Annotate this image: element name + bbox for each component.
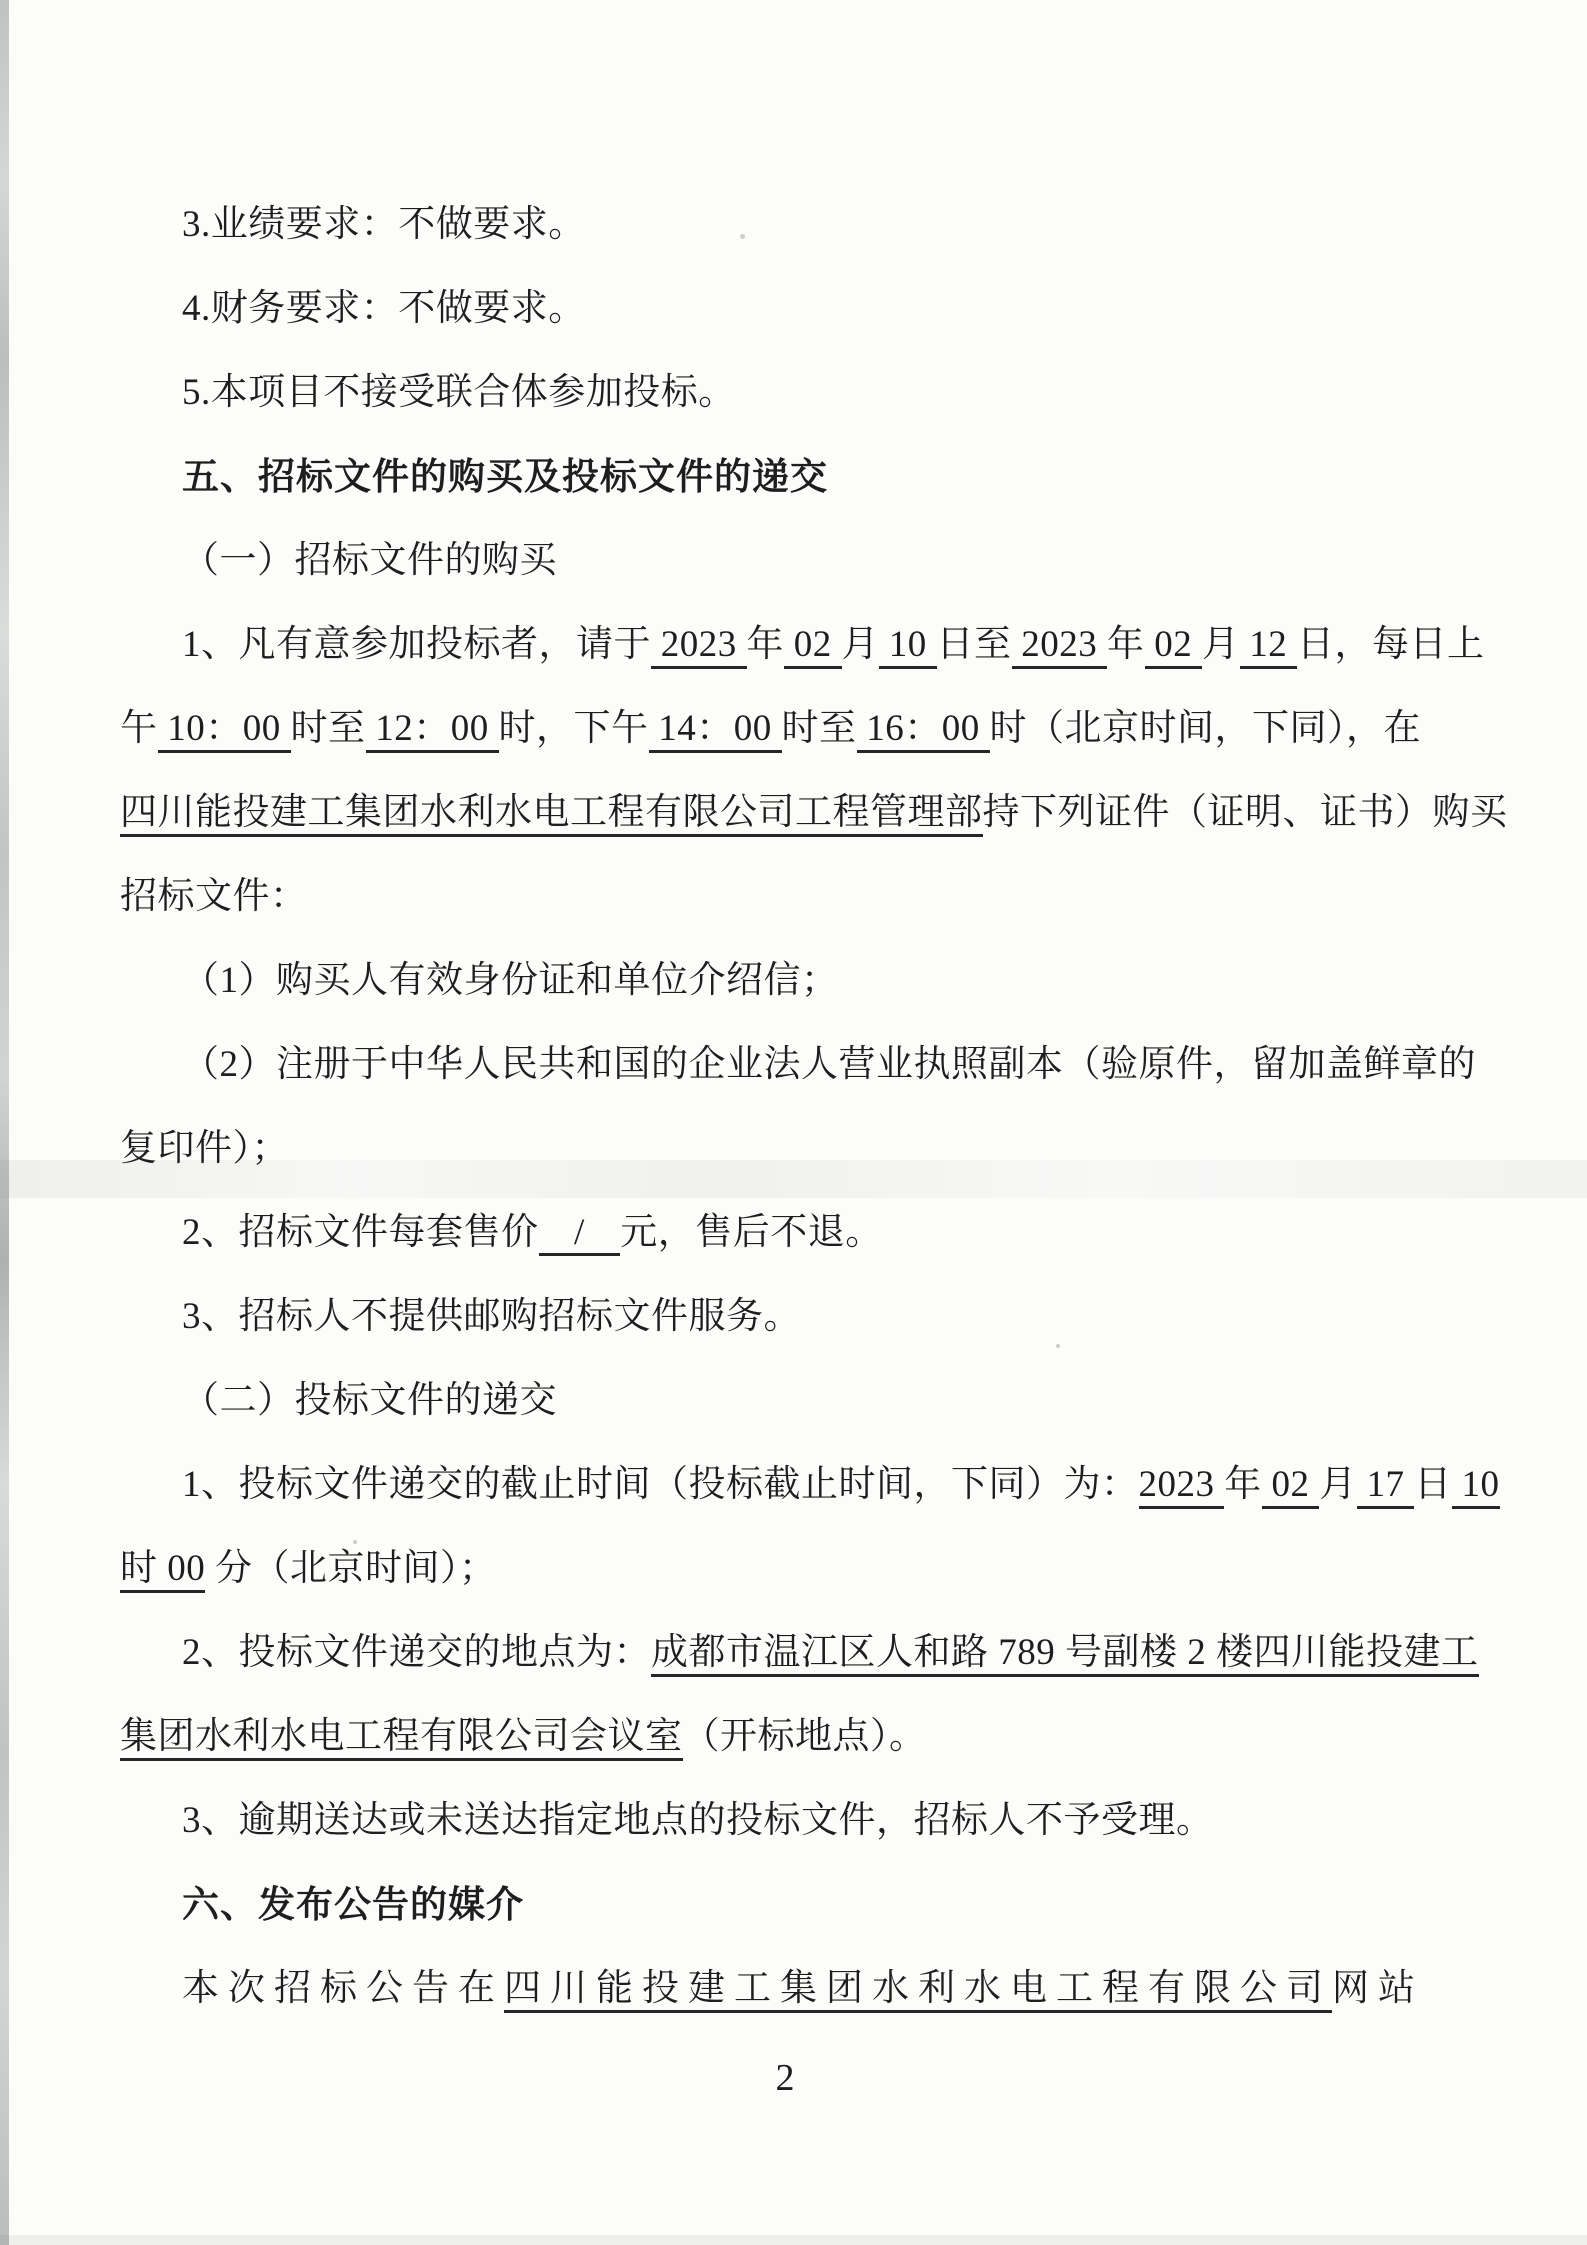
- text-segment: 月: [1202, 624, 1240, 665]
- text-segment: 五、招标文件的购买及投标文件的递交: [182, 456, 828, 497]
- text-segment: 年: [747, 624, 785, 665]
- text-segment: 日至: [937, 624, 1012, 665]
- para-media: 本次招标公告在四川能投建工集团水利水电工程有限公司网站: [120, 1961, 1465, 2017]
- text-segment: 六、发布公告的媒介: [182, 1884, 524, 1925]
- text-segment: 3、逾期送达或未送达指定地点的投标文件，招标人不予受理。: [182, 1800, 1214, 1841]
- text-segment: 4.财务要求：不做要求。: [182, 288, 586, 329]
- scan-edge-artifact: [0, 0, 9, 2245]
- item-no-mail-order: 3、招标人不提供邮购招标文件服务。: [120, 1289, 1465, 1345]
- para-purchase-line-3: 四川能投建工集团水利水电工程有限公司工程管理部持下列证件（证明、证书）购买: [120, 785, 1465, 841]
- underlined-text: 四川能投建工集团水利水电工程有限公司: [504, 1968, 1332, 2013]
- underlined-text: 集团水利水电工程有限公司会议室: [120, 1716, 683, 1761]
- text-segment: 网站: [1332, 1968, 1424, 2009]
- text-segment: 3、招标人不提供邮购招标文件服务。: [182, 1296, 801, 1337]
- item-5-consortium: 5.本项目不接受联合体参加投标。: [120, 365, 1465, 421]
- para-location-line-1: 2、投标文件递交的地点为：成都市温江区人和路 789 号副楼 2 楼四川能投建工: [120, 1625, 1465, 1681]
- item-overdue: 3、逾期送达或未送达指定地点的投标文件，招标人不予受理。: [120, 1793, 1465, 1849]
- underlined-text: 2023: [1012, 624, 1108, 669]
- underlined-text: 02: [784, 624, 842, 669]
- underlined-text: 16：00: [857, 708, 990, 753]
- item-cert-1: （1）购买人有效身份证和单位介绍信；: [120, 953, 1465, 1009]
- underlined-text: 17: [1357, 1464, 1415, 1509]
- subheading-5-2: （二）投标文件的递交: [120, 1373, 1465, 1429]
- text-segment: 月: [842, 624, 880, 665]
- text-segment: 月: [1319, 1464, 1357, 1505]
- text-segment: （二）投标文件的递交: [182, 1380, 557, 1421]
- underlined-text: /: [539, 1212, 621, 1256]
- text-segment: 3.业绩要求：不做要求。: [182, 204, 586, 245]
- underlined-text: 02: [1145, 624, 1203, 669]
- text-segment: （一）招标文件的购买: [182, 540, 557, 581]
- text-segment: 时，下午: [499, 708, 649, 749]
- text-segment: 时至: [291, 708, 366, 749]
- text-segment: （1）购买人有效身份证和单位介绍信；: [182, 960, 839, 1001]
- page-number: 2: [0, 2056, 1570, 2100]
- underlined-text: 成都市温江区人和路 789 号副楼 2 楼四川能投建工: [651, 1632, 1479, 1677]
- text-segment: 分（北京时间）；: [205, 1548, 496, 1589]
- item-price: 2、招标文件每套售价 / 元，售后不退。: [120, 1205, 1465, 1261]
- underlined-text: 时 00: [120, 1548, 205, 1593]
- heading-section-5: 五、招标文件的购买及投标文件的递交: [120, 449, 1465, 505]
- text-segment: 招标文件：: [120, 876, 308, 917]
- text-segment: 复印件）；: [120, 1128, 289, 1169]
- para-location-line-2: 集团水利水电工程有限公司会议室（开标地点）。: [120, 1709, 1465, 1765]
- underlined-text: 四川能投建工集团水利水电工程有限公司工程管理部: [120, 792, 983, 837]
- text-segment: 日: [1414, 1464, 1452, 1505]
- para-deadline-line-1: 1、投标文件递交的截止时间（投标截止时间，下同）为：2023 年 02 月 17…: [120, 1457, 1465, 1513]
- underlined-text: 10: [1452, 1464, 1500, 1509]
- text-segment: 年: [1107, 624, 1145, 665]
- item-4-financial: 4.财务要求：不做要求。: [120, 281, 1465, 337]
- scan-bottom-artifact: [0, 2235, 1587, 2245]
- text-segment: 1、投标文件递交的截止时间（投标截止时间，下同）为：: [182, 1464, 1139, 1505]
- underlined-text: 2023: [1139, 1464, 1225, 1509]
- item-3-performance: 3.业绩要求：不做要求。: [120, 197, 1465, 253]
- text-segment: 时（北京时间，下同），在: [990, 708, 1422, 749]
- text-segment: 元，售后不退。: [620, 1212, 883, 1253]
- text-segment: 年: [1224, 1464, 1262, 1505]
- para-purchase-line-4: 招标文件：: [120, 869, 1465, 925]
- underlined-text: 14：00: [649, 708, 782, 753]
- document-page: 3.业绩要求：不做要求。4.财务要求：不做要求。5.本项目不接受联合体参加投标。…: [0, 0, 1587, 2245]
- document-lines: 3.业绩要求：不做要求。4.财务要求：不做要求。5.本项目不接受联合体参加投标。…: [120, 197, 1465, 2045]
- underlined-text: 2023: [651, 624, 747, 669]
- item-cert-2-line-2: 复印件）；: [120, 1121, 1465, 1177]
- subheading-5-1: （一）招标文件的购买: [120, 533, 1465, 589]
- text-segment: 1、凡有意参加投标者，请于: [182, 624, 651, 665]
- item-cert-2-line-1: （2）注册于中华人民共和国的企业法人营业执照副本（验原件，留加盖鲜章的: [120, 1037, 1465, 1093]
- text-segment: 2、投标文件递交的地点为：: [182, 1632, 651, 1673]
- text-segment: （开标地点）。: [683, 1716, 927, 1757]
- underlined-text: 12: [1240, 624, 1298, 669]
- para-purchase-line-1: 1、凡有意参加投标者，请于 2023 年 02 月 10 日至 2023 年 0…: [120, 617, 1465, 673]
- underlined-text: 10: [879, 624, 937, 669]
- text-segment: 持下列证件（证明、证书）购买: [983, 792, 1508, 833]
- heading-section-6: 六、发布公告的媒介: [120, 1877, 1465, 1933]
- text-segment: 2、招标文件每套售价: [182, 1212, 539, 1253]
- underlined-text: 12：00: [366, 708, 499, 753]
- text-segment: 日，每日上: [1297, 624, 1485, 665]
- text-segment: 本次招标公告在: [182, 1968, 504, 2009]
- text-segment: 时至: [782, 708, 857, 749]
- text-segment: （2）注册于中华人民共和国的企业法人营业执照副本（验原件，留加盖鲜章的: [182, 1044, 1476, 1085]
- underlined-text: 02: [1262, 1464, 1320, 1509]
- underlined-text: 10：00: [158, 708, 291, 753]
- text-segment: 5.本项目不接受联合体参加投标。: [182, 372, 736, 413]
- text-segment: 午: [120, 708, 158, 749]
- para-purchase-line-2: 午 10：00 时至 12：00 时，下午 14：00 时至 16：00 时（北…: [120, 701, 1465, 757]
- para-deadline-line-2: 时 00 分（北京时间）；: [120, 1541, 1465, 1597]
